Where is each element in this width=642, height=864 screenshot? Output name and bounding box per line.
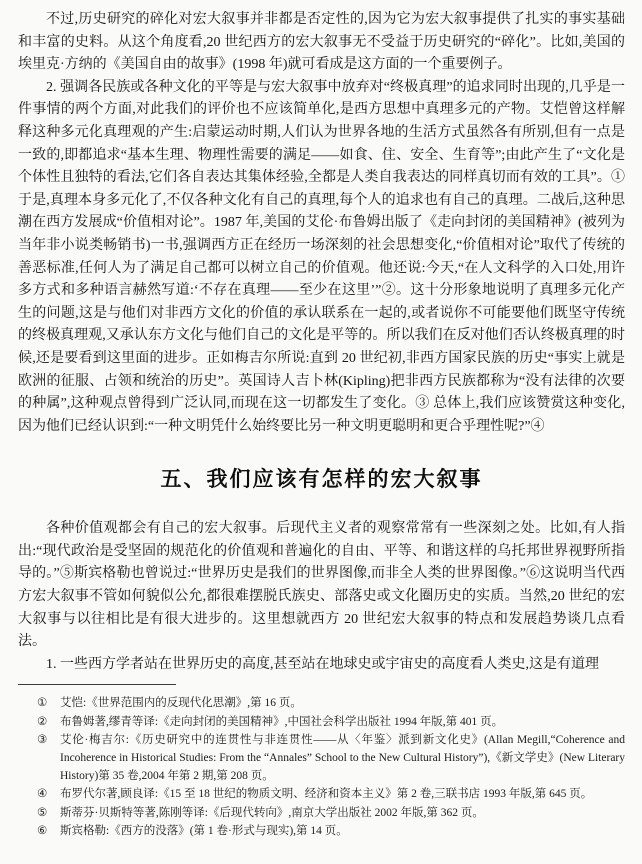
footnote-item: ③ 艾伦·梅吉尔:《历史研究中的连贯性与非连贯性——从〈年鉴〉派到新文化史》(A…	[18, 731, 625, 786]
footnote-marker: ①	[37, 694, 52, 712]
body-paragraph-2: 2. 强调各民族或各种文化的平等是与宏大叙事中放弃对“终极真理”的追求同时出现的…	[18, 77, 625, 439]
footnote-item: ⑤ 斯蒂芬·贝斯特等著,陈刚等译:《后现代转向》,南京大学出版社 2002 年版…	[18, 804, 625, 822]
footnote-text: 艾伦·梅吉尔:《历史研究中的连贯性与非连贯性——从〈年鉴〉派到新文化史》(All…	[60, 731, 625, 786]
footnote-marker: ④	[37, 785, 52, 803]
footnote-marker: ②	[37, 713, 52, 731]
body-paragraph-1: 不过,历史研究的碎化对宏大叙事并非都是否定性的,因为它为宏大叙事提供了扎实的事实…	[18, 9, 625, 77]
footnote-text: 斯宾格勒:《西方的没落》(第 1 卷·形式与现实),第 14 页。	[60, 822, 625, 840]
body-text-block-2: 各种价值观都会有自己的宏大叙事。后现代主义者的观察常常有一些深刻之处。比如,有人…	[18, 518, 625, 676]
footnote-marker: ⑥	[37, 822, 52, 840]
footnote-item: ⑥ 斯宾格勒:《西方的没落》(第 1 卷·形式与现实),第 14 页。	[18, 822, 625, 840]
footnote-text: 斯蒂芬·贝斯特等著,陈刚等译:《后现代转向》,南京大学出版社 2002 年版,第…	[60, 804, 625, 822]
footnote-item: ① 艾恺:《世界范围内的反现代化思潮》,第 16 页。	[18, 694, 625, 712]
footnotes-block: ① 艾恺:《世界范围内的反现代化思潮》,第 16 页。 ② 布鲁姆著,缪青等译:…	[18, 694, 625, 840]
footnote-separator	[18, 684, 176, 685]
footnote-marker: ⑤	[37, 804, 52, 822]
footnote-text: 布罗代尔著,顾良译:《15 至 18 世纪的物质文明、经济和资本主义》第 2 卷…	[60, 785, 625, 803]
footnote-item: ② 布鲁姆著,缪青等译:《走向封闭的美国精神》,中国社会科学出版社 1994 年…	[18, 713, 625, 731]
section-paragraph-1: 各种价值观都会有自己的宏大叙事。后现代主义者的观察常常有一些深刻之处。比如,有人…	[18, 518, 625, 654]
footnote-text: 布鲁姆著,缪青等译:《走向封闭的美国精神》,中国社会科学出版社 1994 年版,…	[60, 713, 625, 731]
document-page: 不过,历史研究的碎化对宏大叙事并非都是否定性的,因为它为宏大叙事提供了扎实的事实…	[0, 0, 642, 864]
footnote-marker: ③	[37, 731, 52, 786]
body-text-block-1: 不过,历史研究的碎化对宏大叙事并非都是否定性的,因为它为宏大叙事提供了扎实的事实…	[18, 9, 625, 438]
section-paragraph-2: 1. 一些西方学者站在世界历史的高度,甚至站在地球史或宇宙史的高度看人类史,这是…	[18, 654, 625, 677]
footnote-text: 艾恺:《世界范围内的反现代化思潮》,第 16 页。	[60, 694, 625, 712]
footnote-item: ④ 布罗代尔著,顾良译:《15 至 18 世纪的物质文明、经济和资本主义》第 2…	[18, 785, 625, 803]
section-heading: 五、我们应该有怎样的宏大叙事	[18, 463, 625, 493]
